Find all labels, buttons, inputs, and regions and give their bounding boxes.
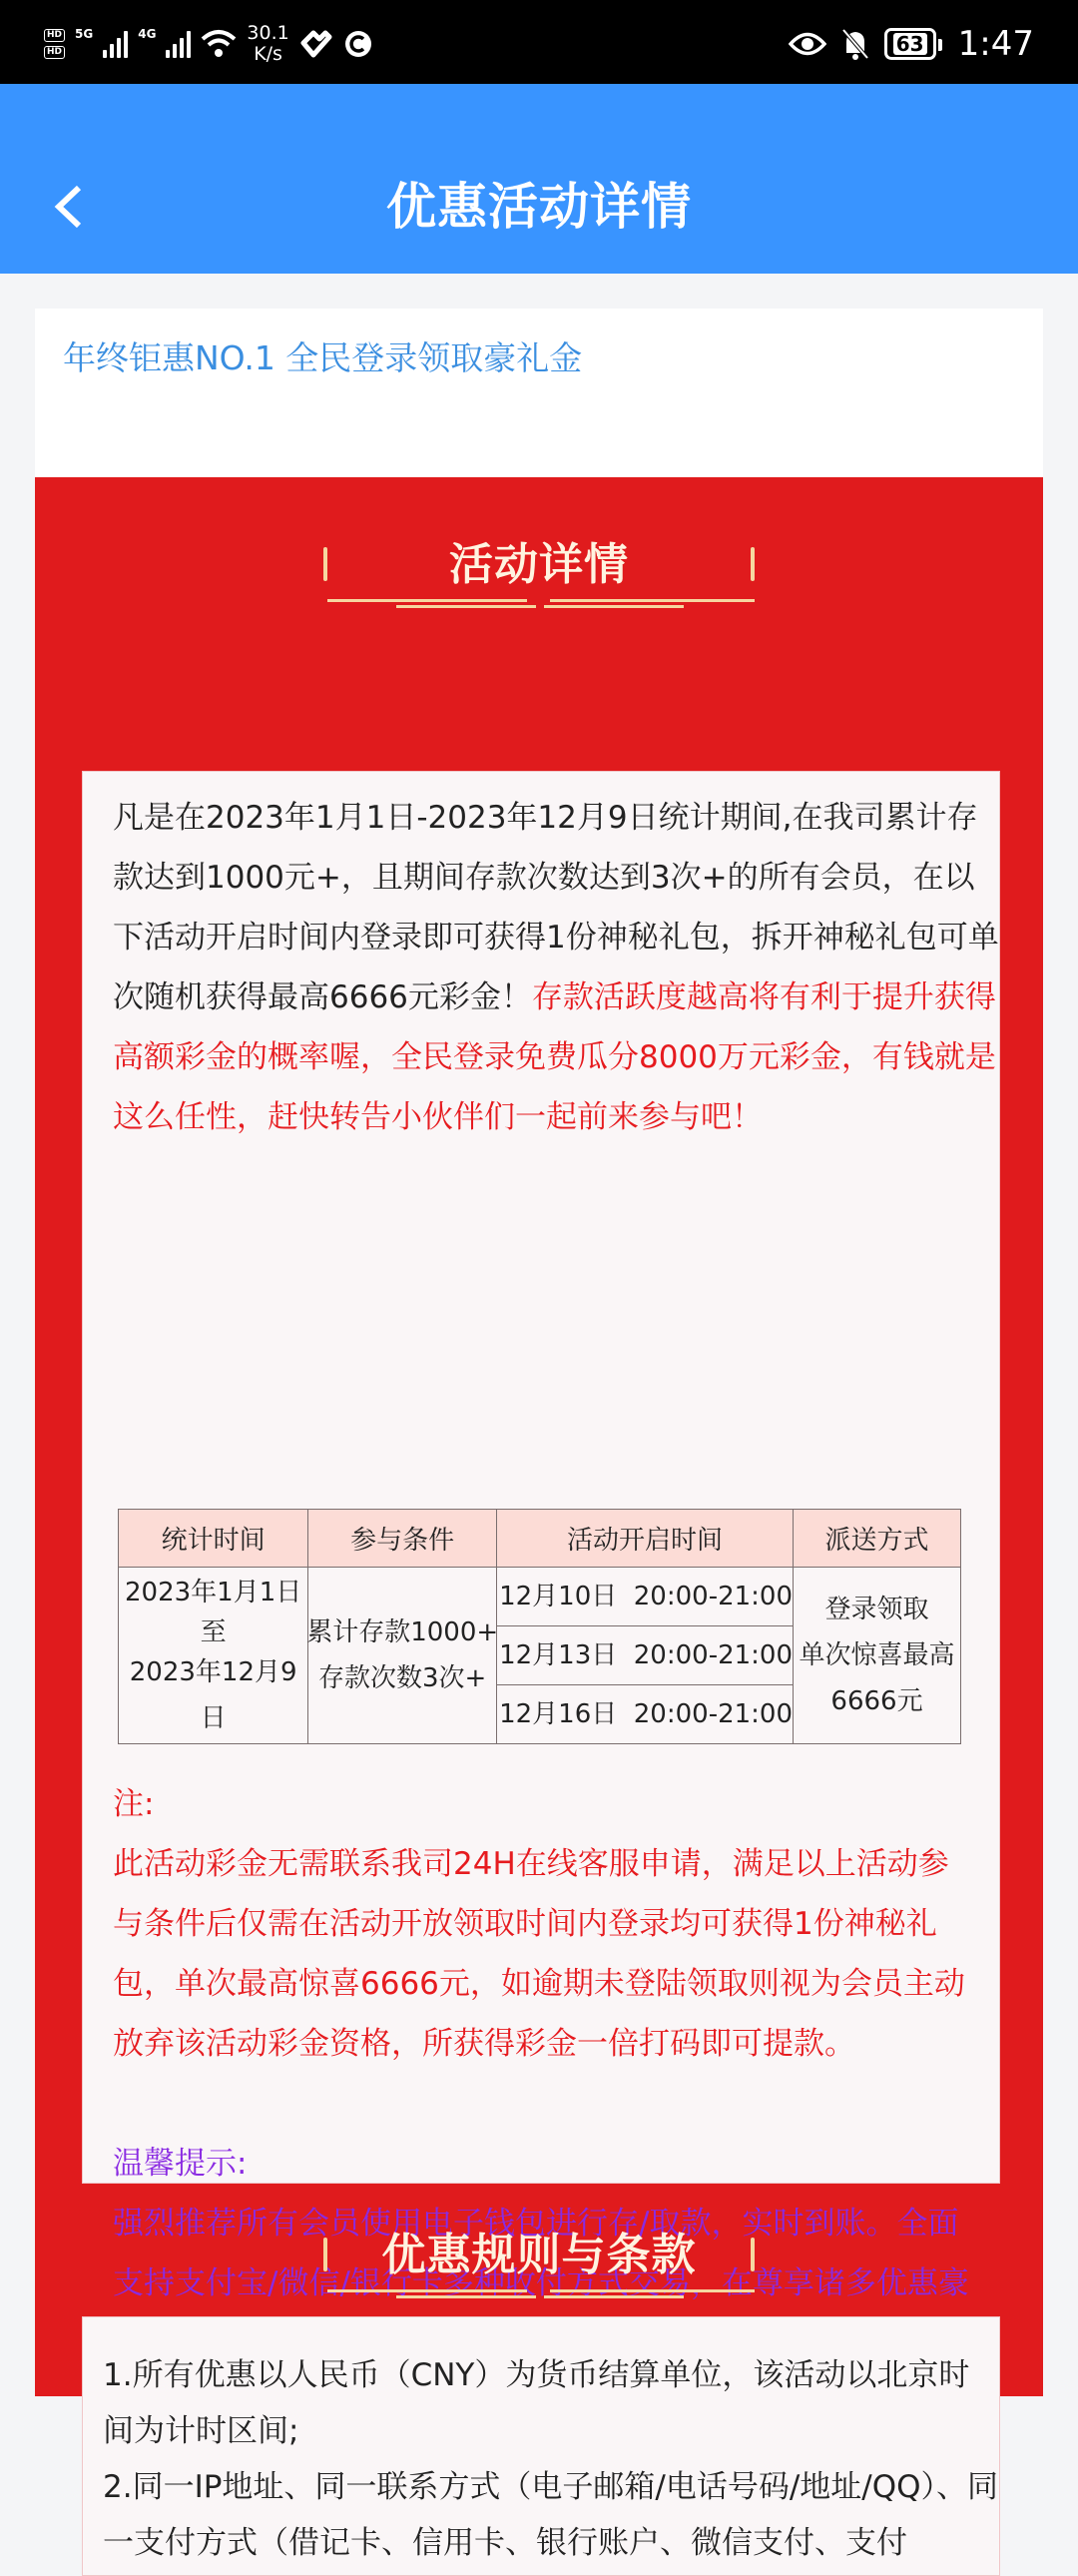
section-heading-rules: 优惠规则与条款 — [35, 2218, 1043, 2307]
period-cell: 2023年1月1日 至 2023年12月9日 — [119, 1568, 308, 1744]
eye-icon — [789, 29, 826, 59]
promo-card: 年终钜惠NO.1 全民登录领取豪礼金 活动详情 凡是在2023年1月1日-202… — [35, 309, 1043, 2396]
hd-icon: HD — [44, 46, 65, 59]
hd-icon: HD — [44, 29, 65, 42]
app-bar: 优惠活动详情 — [0, 84, 1078, 274]
signal-icon — [166, 30, 191, 58]
details-panel: 凡是在2023年1月1日-2023年12月9日统计期间,在我司累计存款达到100… — [82, 771, 1000, 2184]
open-time-cell: 12月13日 20:00-21:00 — [497, 1626, 794, 1685]
battery-icon: 63 — [884, 28, 936, 60]
page-title: 优惠活动详情 — [0, 172, 1078, 242]
promo-banner: 活动详情 凡是在2023年1月1日-2023年12月9日统计期间,在我司累计存款… — [35, 477, 1043, 2396]
rule-item: 1.所有优惠以人民币（CNY）为货币结算单位，该活动以北京时间为计时区间; — [103, 2347, 999, 2396]
section-heading-details: 活动详情 — [35, 527, 1043, 617]
col-header: 派送方式 — [794, 1510, 961, 1568]
network-type-4g: 4G — [138, 27, 156, 41]
col-header: 参与条件 — [308, 1510, 497, 1568]
promo-title: 年终钜惠NO.1 全民登录领取豪礼金 — [63, 336, 582, 380]
table-row: 2023年1月1日 至 2023年12月9日 累计存款1000+ 存款次数3次+… — [119, 1568, 961, 1626]
wifi-icon — [201, 29, 237, 59]
bell-muted-icon — [840, 27, 870, 61]
col-header: 统计时间 — [119, 1510, 308, 1568]
intro-text: 凡是在2023年1月1日-2023年12月9日统计期间,在我司累计存款达到100… — [113, 788, 999, 1147]
delivery-cell: 登录领取 单次惊喜最高 6666元 — [794, 1568, 961, 1744]
clock: 1:47 — [958, 22, 1034, 66]
tip-label: 温馨提示: — [113, 2134, 979, 2194]
network-type-5g: 5G — [75, 27, 93, 41]
table-header-row: 统计时间 参与条件 活动开启时间 派送方式 — [119, 1510, 961, 1568]
col-header: 活动开启时间 — [497, 1510, 794, 1568]
hd-icons: HD HD — [44, 29, 65, 59]
signal-icon — [103, 30, 128, 58]
open-time-cell: 12月10日 20:00-21:00 — [497, 1568, 794, 1626]
rules-panel: 1.所有优惠以人民币（CNY）为货币结算单位，该活动以北京时间为计时区间; 2.… — [82, 2316, 1000, 2396]
copyright-app-icon — [343, 29, 373, 59]
rules-list: 1.所有优惠以人民币（CNY）为货币结算单位，该活动以北京时间为计时区间; 2.… — [103, 2347, 999, 2396]
status-bar: HD HD 5G 4G 30.1 K/s 63 1:47 — [0, 0, 1078, 84]
network-speed: 30.1 K/s — [247, 23, 288, 65]
health-heart-icon — [299, 29, 333, 59]
note-label: 注: — [113, 1774, 979, 1834]
note-text: 此活动彩金无需联系我司24H在线客服申请，满足以上活动参与条件后仅需在活动开放领… — [113, 1834, 979, 2074]
open-time-cell: 12月16日 20:00-21:00 — [497, 1685, 794, 1744]
conditions-cell: 累计存款1000+ 存款次数3次+ — [308, 1568, 497, 1744]
schedule-table: 统计时间 参与条件 活动开启时间 派送方式 2023年1月1日 至 2023年1… — [118, 1509, 961, 1744]
